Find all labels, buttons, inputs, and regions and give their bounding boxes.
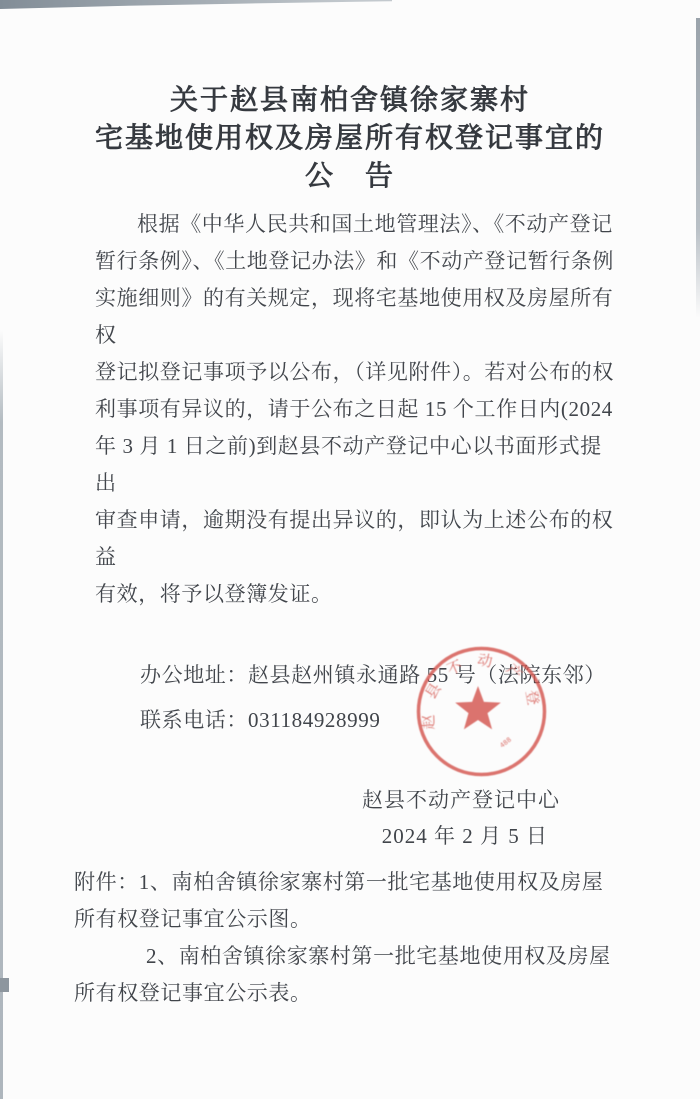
issuer-name: 赵县不动产登记中心 [0, 782, 700, 818]
attachment-line: 2、南柏舍镇徐家寨村第一批宅基地使用权及房屋 [74, 938, 630, 975]
title-line: 关于赵县南柏舍镇徐家寨村 [0, 82, 700, 120]
body-line: 暂行条例》、《土地登记办法》和《不动产登记暂行条例 [95, 243, 620, 280]
contact-info: 办公地址：赵县赵州镇永通路 55 号（法院东邻） 联系电话：0311849289… [140, 653, 700, 743]
signature-block: 赵县不动产登记中心 2024 年 2 月 5 日 [0, 782, 700, 854]
attachment-line: 附件：1、南柏舍镇徐家寨村第一批宅基地使用权及房屋 [74, 864, 630, 901]
body-line: 审查申请，逾期没有提出异议的，即认为上述公布的权益 [95, 502, 620, 576]
attachments-list: 附件：1、南柏舍镇徐家寨村第一批宅基地使用权及房屋 所有权登记事宜公示图。 2、… [74, 864, 630, 1012]
body-line: 年 3 月 1 日之前)到赵县不动产登记中心以书面形式提出 [95, 428, 620, 502]
body-line: 登记拟登记事项予以公布，（详见附件）。若对公布的权 [95, 354, 620, 391]
scanned-notice-page: 关于赵县南柏舍镇徐家寨村 宅基地使用权及房屋所有权登记事宜的 公 告 根据《中华… [0, 0, 700, 1099]
notice-body: 根据《中华人民共和国土地管理法》、《不动产登记 暂行条例》、《土地登记办法》和《… [95, 206, 620, 613]
body-line: 实施细则》的有关规定，现将宅基地使用权及房屋所有权 [95, 280, 620, 354]
contact-phone: 联系电话：031184928999 [140, 698, 700, 743]
body-line: 根据《中华人民共和国土地管理法》、《不动产登记 [95, 206, 620, 243]
body-line: 利事项有异议的，请于公布之日起 15 个工作日内(2024 [95, 391, 620, 428]
attachment-line: 所有权登记事宜公示表。 [74, 975, 630, 1012]
notice-document: 关于赵县南柏舍镇徐家寨村 宅基地使用权及房屋所有权登记事宜的 公 告 根据《中华… [0, 0, 700, 1012]
title-line: 宅基地使用权及房屋所有权登记事宜的 [0, 120, 700, 158]
title-line: 公 告 [0, 158, 700, 196]
issue-date: 2024 年 2 月 5 日 [0, 818, 700, 854]
body-line: 有效，将予以登簿发证。 [95, 576, 620, 613]
office-address: 办公地址：赵县赵州镇永通路 55 号（法院东邻） [140, 653, 700, 698]
attachment-line: 所有权登记事宜公示图。 [74, 901, 630, 938]
document-title: 关于赵县南柏舍镇徐家寨村 宅基地使用权及房屋所有权登记事宜的 公 告 [0, 82, 700, 196]
